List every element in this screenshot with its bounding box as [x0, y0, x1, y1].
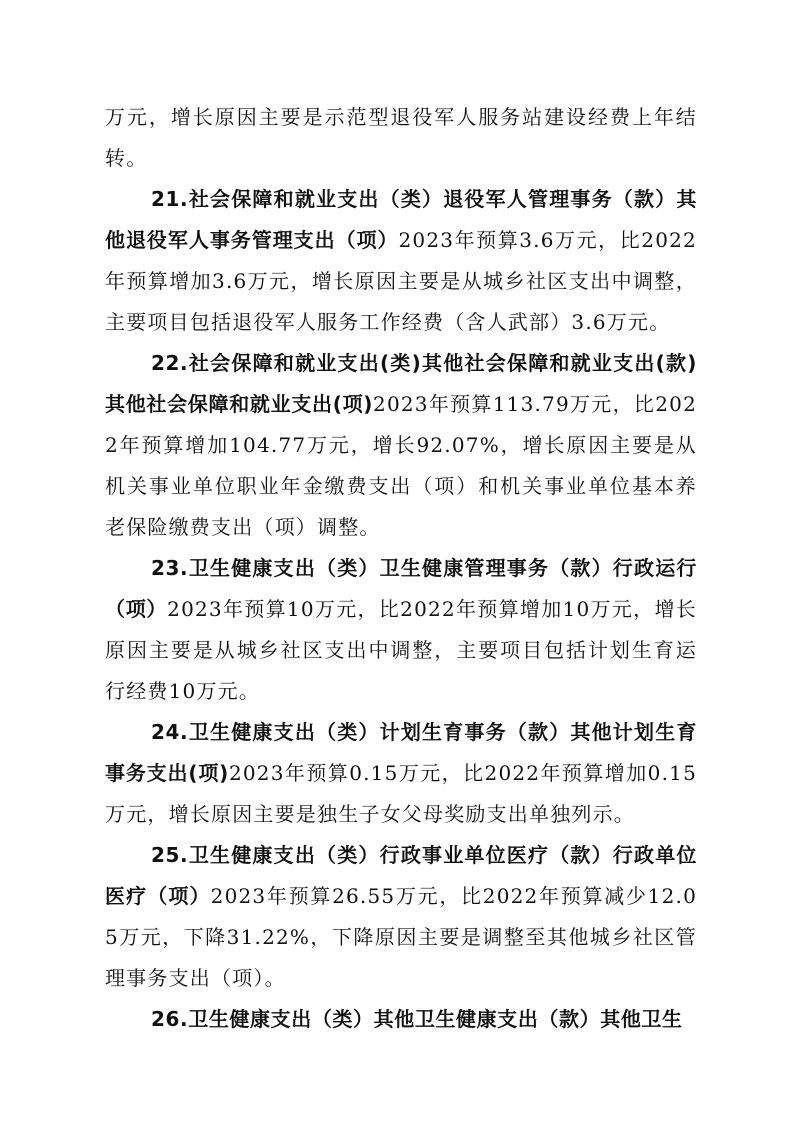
paragraph-item-26: 26.卫生健康支出（类）其他卫生健康支出（款）其他卫生	[105, 999, 697, 1040]
document-page: 万元，增长原因主要是示范型退役军人服务站建设经费上年结转。 21.社会保障和就业…	[105, 97, 697, 1040]
item-number: 24.	[151, 720, 188, 744]
item-heading: 卫生健康支出（类）其他卫生健康支出（款）其他卫生	[188, 1007, 682, 1031]
item-number: 21.	[151, 187, 188, 211]
item-body: 2023年预算10万元，比2022年预算增加10万元，增长原因主要是从城乡社区支…	[105, 597, 697, 703]
item-number: 23.	[151, 556, 188, 580]
item-number: 22.	[151, 351, 188, 375]
item-number: 25.	[151, 843, 188, 867]
paragraph-item-23: 23.卫生健康支出（类）卫生健康管理事务（款）行政运行（项）2023年预算10万…	[105, 548, 697, 712]
paragraph-item-25: 25.卫生健康支出（类）行政事业单位医疗（款）行政单位医疗（项）2023年预算2…	[105, 835, 697, 999]
item-number: 26.	[151, 1007, 188, 1031]
paragraph-item-21: 21.社会保障和就业支出（类）退役军人管理事务（款）其他退役军人事务管理支出（项…	[105, 179, 697, 343]
paragraph-item-22: 22.社会保障和就业支出(类)其他社会保障和就业支出(款)其他社会保障和就业支出…	[105, 343, 697, 548]
paragraph-continuation: 万元，增长原因主要是示范型退役军人服务站建设经费上年结转。	[105, 97, 697, 179]
paragraph-item-24: 24.卫生健康支出（类）计划生育事务（款）其他计划生育事务支出(项)2023年预…	[105, 712, 697, 835]
paragraph-body: 万元，增长原因主要是示范型退役军人服务站建设经费上年结转。	[105, 105, 697, 170]
